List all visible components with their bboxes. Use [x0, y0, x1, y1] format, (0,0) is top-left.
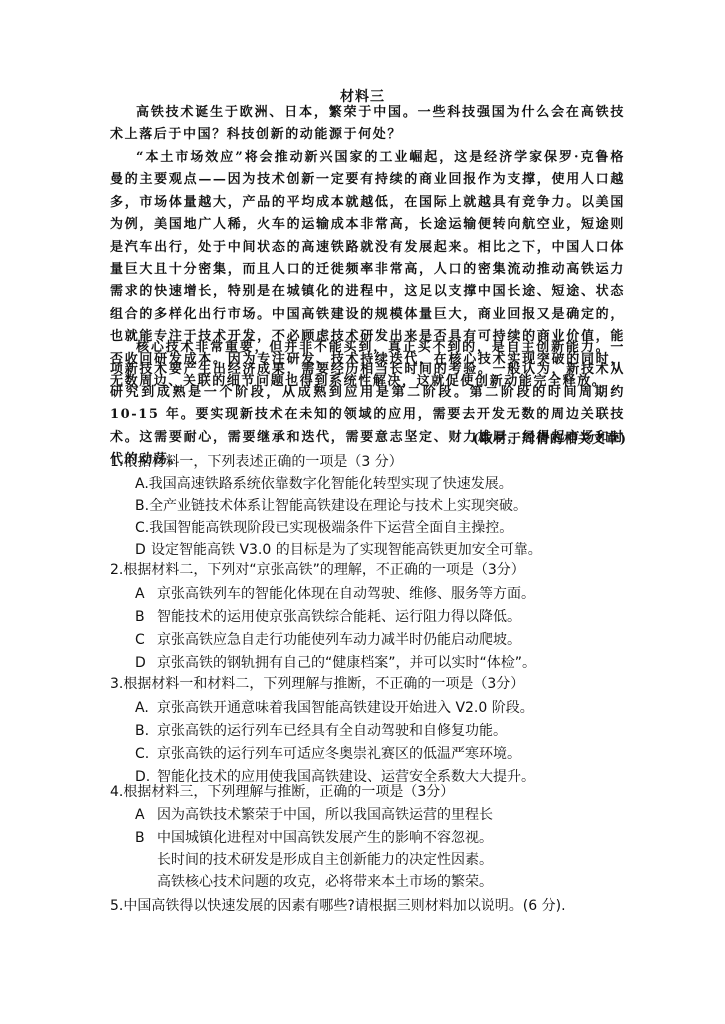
option-text: 我国智能高铁现阶段已实现极端条件下运营全面自主操控。 — [149, 520, 513, 536]
option-text: 中国城镇化进程对中国高铁发展产生的影响不容忽视。 — [157, 830, 493, 846]
question-4-option-b[interactable]: B中国城镇化进程对中国高铁发展产生的影响不容忽视。 — [135, 828, 493, 848]
question-1-option-d[interactable]: D设定智能高铁 V3.0 的目标是为了实现智能高铁更加安全可靠。 — [135, 540, 542, 560]
question-1-option-b[interactable]: B.全产业链技术体系让智能高铁建设在理论与技术上实现突破。 — [135, 496, 527, 516]
option-text: 京张高铁应急自走行功能使列车动力减半时仍能启动爬坡。 — [157, 632, 521, 648]
question-4-option-d[interactable]: 高铁核心技术问题的攻克，必将带来本土市场的繁荣。 — [135, 872, 493, 892]
question-2-option-c[interactable]: C京张高铁应急自走行功能使列车动力减半时仍能启动爬坡。 — [135, 630, 521, 650]
option-text: 长时间的技术研发是形成自主创新能力的决定性因素。 — [157, 852, 493, 868]
question-3-option-a[interactable]: A.京张高铁开通意味着我国智能高铁建设开始进入 V2.0 阶段。 — [135, 698, 534, 718]
option-letter: B. — [135, 496, 149, 516]
question-3-option-b[interactable]: B.京张高铁的运行列车已经具有全自动驾驶和自修复功能。 — [135, 721, 507, 741]
option-letter: B. — [135, 721, 157, 741]
question-4-option-c[interactable]: 长时间的技术研发是形成自主创新能力的决定性因素。 — [135, 850, 493, 870]
exam-page: 材料三 高铁技术诞生于欧洲、日本，繁荣于中国。一些科技强国为什么会在高铁技术上落… — [0, 0, 725, 1024]
option-letter: B — [135, 607, 157, 627]
option-text: 我国高速铁路系统依靠数字化智能化转型实现了快速发展。 — [149, 476, 513, 492]
question-3-stem: 3.根据材料一和材料二，下列理解与推断，不正确的一项是（3分） — [110, 674, 524, 694]
option-letter: D — [135, 653, 157, 673]
option-letter: B — [135, 828, 157, 848]
option-letter: A. — [135, 474, 149, 494]
question-2-option-b[interactable]: B智能技术的运用使京张高铁综合能耗、运行阻力得以降低。 — [135, 607, 521, 627]
option-letter: C. — [135, 744, 157, 764]
question-2-option-a[interactable]: A京张高铁列车的智能化体现在自动驾驶、维修、服务等方面。 — [135, 584, 535, 604]
option-text: 京张高铁开通意味着我国智能高铁建设开始进入 V2.0 阶段。 — [157, 700, 534, 716]
option-letter: D — [135, 540, 151, 560]
option-text: 因为高铁技术繁荣于中国，所以我国高铁运营的里程长 — [157, 807, 493, 823]
question-1-stem: 1.根据材料一，下列表述正确的一项是（3 分） — [110, 452, 403, 472]
material-source: (取材于周倩的相关文章) — [473, 428, 627, 447]
question-3-option-c[interactable]: C.京张高铁的运行列车可适应冬奥崇礼赛区的低温严寒环境。 — [135, 744, 521, 764]
question-5-stem: 5.中国高铁得以快速发展的因素有哪些?请根据三则材料加以说明。(6 分). — [110, 896, 566, 916]
question-2-stem: 2.根据材料二，下列对“京张高铁”的理解，不正确的一项是（3分） — [110, 560, 525, 580]
question-4-option-a[interactable]: A因为高铁技术繁荣于中国，所以我国高铁运营的里程长 — [135, 805, 493, 825]
option-letter: C. — [135, 518, 149, 538]
option-text: 设定智能高铁 V3.0 的目标是为了实现智能高铁更加安全可靠。 — [151, 542, 542, 558]
option-text: 京张高铁的钢轨拥有自己的“健康档案”，并可以实时“体检”。 — [157, 655, 536, 671]
question-1-option-c[interactable]: C.我国智能高铁现阶段已实现极端条件下运营全面自主操控。 — [135, 518, 513, 538]
material-paragraph-1: 高铁技术诞生于欧洲、日本，繁荣于中国。一些科技强国为什么会在高铁技术上落后于中国… — [110, 102, 625, 147]
option-text: 京张高铁的运行列车已经具有全自动驾驶和自修复功能。 — [157, 723, 507, 739]
question-2-option-d[interactable]: D京张高铁的钢轨拥有自己的“健康档案”，并可以实时“体检”。 — [135, 653, 536, 673]
option-text: 京张高铁的运行列车可适应冬奥崇礼赛区的低温严寒环境。 — [157, 746, 521, 762]
option-letter: A — [135, 584, 157, 604]
option-letter: C — [135, 630, 157, 650]
option-letter: A — [135, 805, 157, 825]
option-text: 全产业链技术体系让智能高铁建设在理论与技术上实现突破。 — [149, 498, 527, 514]
option-text: 智能技术的运用使京张高铁综合能耗、运行阻力得以降低。 — [157, 609, 521, 625]
question-4-stem: 4.根据材料三，下列理解与推断，正确的一项是（3分） — [110, 782, 454, 802]
option-text: 高铁核心技术问题的攻克，必将带来本土市场的繁荣。 — [157, 874, 493, 890]
option-letter: A. — [135, 698, 157, 718]
option-text: 京张高铁列车的智能化体现在自动驾驶、维修、服务等方面。 — [157, 586, 535, 602]
question-1-option-a[interactable]: A.我国高速铁路系统依靠数字化智能化转型实现了快速发展。 — [135, 474, 513, 494]
